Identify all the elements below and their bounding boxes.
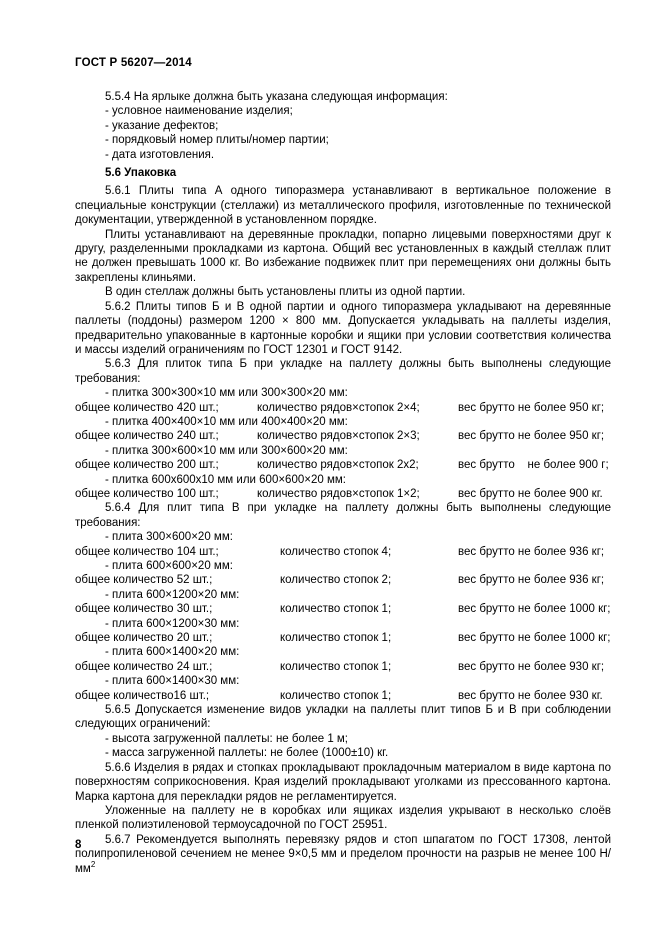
list-item-marking-3: - порядковый номер плиты/номер партии; xyxy=(75,133,611,147)
spec-row-slab-600x600x20: общее количество 52 шт.; количество стоп… xyxy=(75,573,611,587)
spec-label-tile-300x600: - плитка 300×600×10 мм или 300×600×20 мм… xyxy=(75,444,611,458)
spec-rows-stacks: количество рядов×стопок 2х2; xyxy=(257,458,458,472)
list-item-marking-4: - дата изготовления. xyxy=(75,148,611,162)
spec-gross-weight: вес брутто не более 936 кг; xyxy=(458,573,611,587)
page-number: 8 xyxy=(75,839,81,851)
spec-gross-weight: вес брутто не более 1000 кг; xyxy=(458,602,611,616)
paragraph-5-6-1b: Плиты устанавливают на деревянные прокла… xyxy=(75,228,611,286)
spec-label-slab-600x1200x20: - плита 600×1200×20 мм: xyxy=(75,588,611,602)
spec-row-slab-600x1400x20: общее количество 24 шт.; количество стоп… xyxy=(75,660,611,674)
section-heading-5-6: 5.6 Упаковка xyxy=(75,166,611,180)
spec-gross-weight: вес брутто не более 950 кг; xyxy=(458,401,611,415)
spec-row-slab-300x600x20: общее количество 104 шт.; количество сто… xyxy=(75,545,611,559)
spec-gross-weight: вес брутто не более 930 кг; xyxy=(458,660,611,674)
list-item-pallet-height: - высота загруженной паллеты: не более 1… xyxy=(75,732,611,746)
spec-quantity: общее количество 30 шт.; xyxy=(75,602,280,616)
spec-quantity: общее количество16 шт.; xyxy=(75,689,280,703)
spec-label-tile-300x300: - плитка 300×300×10 мм или 300×300×20 мм… xyxy=(75,386,611,400)
paragraph-5-6-4: 5.6.4 Для плит типа В при укладке на пал… xyxy=(75,501,611,530)
spec-rows-stacks: количество рядов×стопок 2×3; xyxy=(257,429,458,443)
spec-stacks: количество стопок 1; xyxy=(280,631,458,645)
paragraph-5-6-5: 5.6.5 Допускается изменение видов укладк… xyxy=(75,703,611,732)
spec-row-tile-300x300: общее количество 420 шт.; количество ряд… xyxy=(75,401,611,415)
spec-quantity: общее количество 200 шт.; xyxy=(75,458,257,472)
spec-row-slab-600x1200x20: общее количество 30 шт.; количество стоп… xyxy=(75,602,611,616)
spec-label-slab-600x600x20: - плита 600×600×20 мм: xyxy=(75,559,611,573)
spec-label-slab-300x600x20: - плита 300×600×20 мм: xyxy=(75,530,611,544)
spec-gross-weight: вес брутто не более 1000 кг; xyxy=(458,631,611,645)
spec-stacks: количество стопок 4; xyxy=(280,545,458,559)
spec-quantity: общее количество 420 шт.; xyxy=(75,401,257,415)
paragraph-5-5-4: 5.5.4 На ярлыке должна быть указана след… xyxy=(75,90,611,104)
spec-quantity: общее количество 52 шт.; xyxy=(75,573,280,587)
paragraph-5-6-1c: В один стеллаж должны быть установлены п… xyxy=(75,285,611,299)
spec-rows-stacks: количество рядов×стопок 1×2; xyxy=(257,487,458,501)
spec-quantity: общее количество 24 шт.; xyxy=(75,660,280,674)
paragraph-5-6-7-text: 5.6.7 Рекомендуется выполнять перевязку … xyxy=(75,834,611,875)
spec-row-tile-400x400: общее количество 240 шт.; количество ряд… xyxy=(75,429,611,443)
spec-row-slab-600x1400x30: общее количество16 шт.; количество стопо… xyxy=(75,689,611,703)
spec-row-tile-600x600: общее количество 100 шт.; количество ряд… xyxy=(75,487,611,501)
spec-gross-weight: вес брутто не более 950 кг; xyxy=(458,429,611,443)
spec-gross-weight: вес брутто не более 936 кг; xyxy=(458,545,611,559)
spec-stacks: количество стопок 1; xyxy=(280,602,458,616)
spec-stacks: количество стопок 2; xyxy=(280,573,458,587)
list-item-pallet-mass: - масса загруженной паллеты: не более (1… xyxy=(75,746,611,760)
spec-quantity: общее количество 104 шт.; xyxy=(75,545,280,559)
paragraph-5-6-6b: Уложенные на паллету не в коробках или я… xyxy=(75,804,611,833)
spec-gross-weight: вес брутто не более 930 кг. xyxy=(458,689,611,703)
spec-label-slab-600x1400x30: - плита 600×1400×30 мм: xyxy=(75,674,611,688)
spec-label-slab-600x1200x30: - плита 600×1200×30 мм: xyxy=(75,617,611,631)
spec-label-tile-400x400: - плитка 400×400×10 мм или 400×400×20 мм… xyxy=(75,415,611,429)
list-item-marking-1: - условное наименование изделия; xyxy=(75,104,611,118)
spec-stacks: количество стопок 1; xyxy=(280,660,458,674)
list-item-marking-2: - указание дефектов; xyxy=(75,119,611,133)
spec-rows-stacks: количество рядов×стопок 2×4; xyxy=(257,401,458,415)
spec-stacks: количество стопок 1; xyxy=(280,689,458,703)
spec-quantity: общее количество 100 шт.; xyxy=(75,487,257,501)
document-body: 5.5.4 На ярлыке должна быть указана след… xyxy=(75,90,611,876)
document-page: ГОСТ Р 56207—2014 5.5.4 На ярлыке должна… xyxy=(0,0,661,936)
spec-gross-weight: вес брутто не более 900 г; xyxy=(458,458,611,472)
spec-row-slab-600x1200x30: общее количество 20 шт.; количество стоп… xyxy=(75,631,611,645)
paragraph-5-6-1a: 5.6.1 Плиты типа А одного типоразмера ус… xyxy=(75,184,611,227)
paragraph-5-6-2: 5.6.2 Плиты типов Б и В одной партии и о… xyxy=(75,300,611,358)
spec-row-tile-300x600: общее количество 200 шт.; количество ряд… xyxy=(75,458,611,472)
spec-gross-weight: вес брутто не более 900 кг. xyxy=(458,487,611,501)
paragraph-5-6-6a: 5.6.6 Изделия в рядах и стопках проклады… xyxy=(75,761,611,804)
superscript-exponent: 2 xyxy=(91,860,95,869)
spec-quantity: общее количество 20 шт.; xyxy=(75,631,280,645)
spec-label-tile-600x600: - плитка 600х600х10 мм или 600×600×20 мм… xyxy=(75,473,611,487)
paragraph-5-6-3: 5.6.3 Для плиток типа Б при укладке на п… xyxy=(75,357,611,386)
spec-label-slab-600x1400x20: - плита 600×1400×20 мм: xyxy=(75,645,611,659)
standard-code-header: ГОСТ Р 56207—2014 xyxy=(75,57,192,69)
paragraph-5-6-7: 5.6.7 Рекомендуется выполнять перевязку … xyxy=(75,833,611,876)
spec-quantity: общее количество 240 шт.; xyxy=(75,429,257,443)
